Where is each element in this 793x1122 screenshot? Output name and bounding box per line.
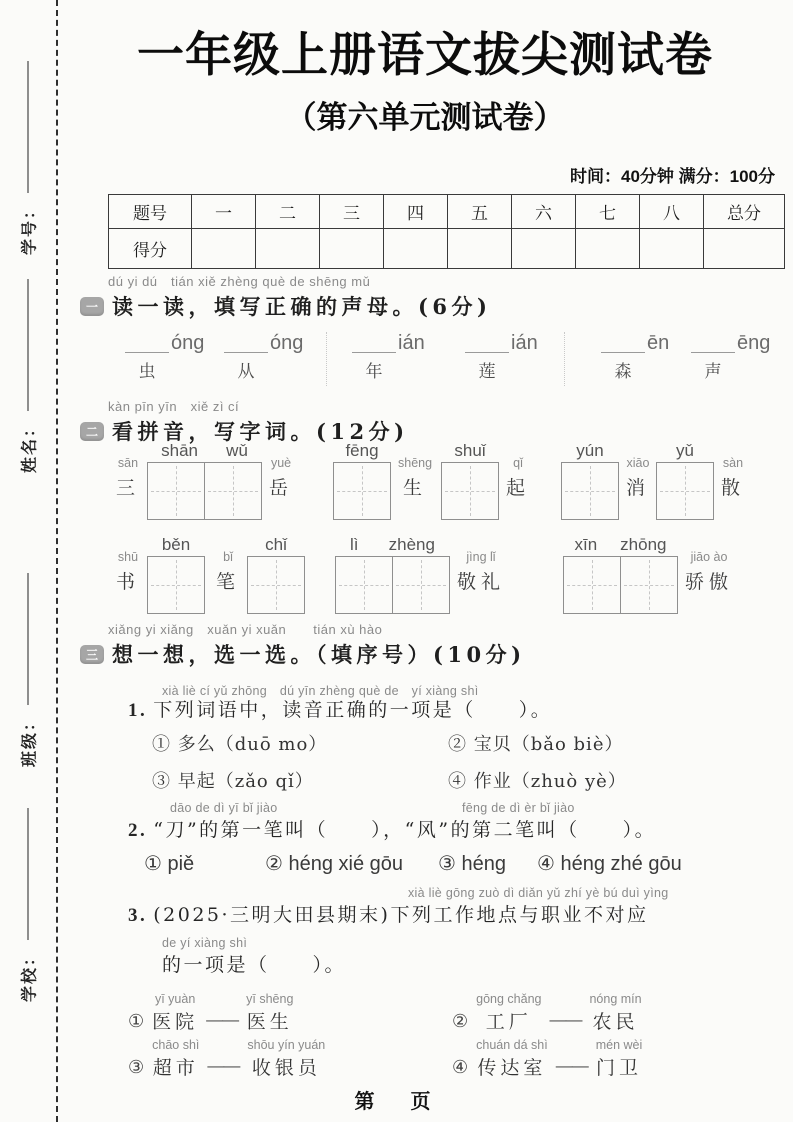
q2-number: 2. bbox=[128, 820, 147, 841]
item-hanzi: 年 bbox=[352, 357, 396, 382]
page-title: 一年级上册语文拔尖测试卷 bbox=[57, 18, 793, 85]
section-3-pinyin: xiǎng yi xiǎng xuǎn yi xuǎn tián xù hào bbox=[108, 619, 526, 638]
q3-pinyin-2: de yí xiàng shì bbox=[162, 936, 247, 950]
pair-dash: —— bbox=[206, 1010, 238, 1034]
item-hanzi: 声 bbox=[691, 357, 735, 382]
answer-blank[interactable] bbox=[352, 335, 396, 353]
section-1-title: 读一读，填写正确的声母。(6分) bbox=[112, 291, 491, 321]
page-subtitle: （第六单元测试卷） bbox=[57, 92, 793, 137]
item-hanzi: 从 bbox=[224, 357, 268, 382]
student-id-blank[interactable] bbox=[28, 61, 29, 193]
writing-box[interactable] bbox=[204, 462, 262, 520]
given-char: xiāo 消 bbox=[626, 441, 650, 500]
item-hanzi: 莲 bbox=[465, 357, 509, 382]
q3-text-line2: 的一项是（ ）。 bbox=[162, 950, 346, 977]
score-cell[interactable] bbox=[192, 229, 256, 269]
writing-box[interactable] bbox=[333, 462, 391, 520]
name-label: 姓名： bbox=[17, 419, 40, 473]
test-paper-page: 学号： 姓名： 班级： 学校： 一年级上册语文拔尖测试卷 （第六单元测试卷） 时… bbox=[0, 0, 793, 1122]
section-2-pinyin: kàn pīn yīn xiě zì cí bbox=[108, 396, 409, 415]
item-hanzi: 虫 bbox=[125, 357, 169, 382]
given-char: bǐ 笔 bbox=[216, 535, 240, 594]
dotted-divider bbox=[326, 332, 327, 386]
answer-blank[interactable] bbox=[601, 335, 645, 353]
circled-number: ① bbox=[128, 1011, 144, 1034]
section-2-number-icon: 二 bbox=[80, 422, 104, 441]
score-col-1: 一 bbox=[192, 195, 256, 229]
page-footer: 第 页 bbox=[0, 1085, 793, 1114]
writing-box[interactable] bbox=[147, 556, 205, 614]
writing-box[interactable] bbox=[247, 556, 305, 614]
seal-dashed-line bbox=[56, 0, 58, 1122]
pinyin-final: óng bbox=[270, 333, 303, 353]
q3-option-2[interactable]: ② gōng chǎng工厂 —— nóng mín农民 bbox=[452, 992, 642, 1034]
margin-name: 姓名： bbox=[17, 279, 40, 473]
writing-box[interactable] bbox=[147, 462, 205, 520]
initial-fill-item: ián 莲 bbox=[465, 333, 538, 382]
word-group: xīnzhōng jiāo ào 骄傲 bbox=[563, 535, 733, 614]
writing-box[interactable] bbox=[656, 462, 714, 520]
score-cell[interactable] bbox=[640, 229, 704, 269]
score-row-label: 得分 bbox=[109, 229, 192, 269]
writing-box[interactable] bbox=[441, 462, 499, 520]
circled-number: ② bbox=[452, 1011, 468, 1034]
q2-option-3[interactable]: ③ héng bbox=[438, 851, 506, 876]
q1-text: 1.下列词语中，读音正确的一项是（ ）。 bbox=[128, 695, 552, 722]
score-cell[interactable] bbox=[576, 229, 640, 269]
class-blank[interactable] bbox=[28, 573, 29, 705]
word-group: sān 三 shānwǔ yuè 岳 bbox=[116, 441, 293, 520]
given-char: sān 三 bbox=[116, 441, 140, 500]
writing-box[interactable] bbox=[335, 556, 393, 614]
q2-option-2[interactable]: ② héng xié gōu bbox=[265, 851, 403, 876]
word-group: bǐ 笔 chǐ bbox=[216, 535, 305, 614]
given-char: shū 书 bbox=[116, 535, 140, 594]
school-blank[interactable] bbox=[28, 808, 29, 940]
word-group: shuǐ qǐ 起 bbox=[441, 441, 530, 520]
q1-option-1[interactable]: ① 多么（duō mo） bbox=[152, 730, 327, 756]
given-char: sàn 散 bbox=[721, 441, 745, 500]
initial-fill-item: ēng 声 bbox=[691, 333, 770, 382]
given-char: jìng lǐ 敬礼 bbox=[457, 535, 505, 594]
given-char: jiāo ào 骄傲 bbox=[685, 535, 733, 594]
score-cell[interactable] bbox=[384, 229, 448, 269]
word-group: yǔ sàn 散 bbox=[656, 441, 745, 520]
q3-option-1[interactable]: ① yī yuàn医院 —— yī shēng医生 bbox=[128, 992, 293, 1034]
q2-pinyin-1: dāo de dì yī bǐ jiào bbox=[170, 801, 277, 815]
margin-school: 学校： bbox=[17, 808, 40, 1002]
score-cell-total[interactable] bbox=[704, 229, 785, 269]
section-1-number-icon: 一 bbox=[80, 297, 104, 316]
writing-box[interactable] bbox=[561, 462, 619, 520]
word-group: lìzhèng jìng lǐ 敬礼 bbox=[335, 535, 505, 614]
writing-box[interactable] bbox=[620, 556, 678, 614]
score-col-5: 五 bbox=[448, 195, 512, 229]
score-table: 题号 一 二 三 四 五 六 七 八 总分 得分 bbox=[108, 194, 785, 269]
score-col-6: 六 bbox=[512, 195, 576, 229]
initial-fill-item: óng 从 bbox=[224, 333, 303, 382]
answer-blank[interactable] bbox=[125, 335, 169, 353]
q1-number: 1. bbox=[128, 700, 147, 721]
q3-option-3[interactable]: ③ chāo shì超市 —— shōu yín yuán收银员 bbox=[128, 1038, 325, 1080]
answer-blank[interactable] bbox=[691, 335, 735, 353]
student-id-label: 学号： bbox=[17, 201, 40, 255]
pinyin-final: ián bbox=[398, 333, 425, 353]
q1-option-4[interactable]: ④ 作业（zhuò yè） bbox=[448, 767, 627, 793]
score-col-total: 总分 bbox=[704, 195, 785, 229]
pair-dash: —— bbox=[556, 1056, 588, 1080]
section-1-header: dú yi dú tián xiě zhèng què de shēng mǔ … bbox=[80, 271, 491, 321]
word-group: fēng shēng 生 bbox=[333, 441, 432, 520]
pair-dash: —— bbox=[207, 1056, 239, 1080]
initial-fill-item: ēn 森 bbox=[601, 333, 669, 382]
word-group: yún xiāo 消 bbox=[561, 441, 650, 520]
score-col-8: 八 bbox=[640, 195, 704, 229]
pinyin-final: ēng bbox=[737, 333, 770, 353]
circled-number: ④ bbox=[452, 1057, 468, 1080]
score-cell[interactable] bbox=[512, 229, 576, 269]
margin-class: 班级： bbox=[17, 573, 40, 767]
pinyin-final: ián bbox=[511, 333, 538, 353]
given-char: yuè 岳 bbox=[269, 441, 293, 500]
margin-student-id: 学号： bbox=[17, 61, 40, 255]
section-2-header: kàn pīn yīn xiě zì cí 二 看拼音，写字词。(12分) bbox=[80, 396, 409, 446]
score-cell[interactable] bbox=[448, 229, 512, 269]
q3-number: 3. bbox=[128, 905, 147, 926]
score-col-4: 四 bbox=[384, 195, 448, 229]
q2-text: 2.“刀”的第一笔叫（ ），“风”的第二笔叫（ ）。 bbox=[128, 815, 656, 842]
score-table-header-label: 题号 bbox=[109, 195, 192, 229]
score-cell[interactable] bbox=[256, 229, 320, 269]
time-info: 时间：40分钟 满分：100分 bbox=[570, 162, 775, 187]
score-col-7: 七 bbox=[576, 195, 640, 229]
pinyin-final: ēn bbox=[647, 333, 669, 353]
pinyin-final: óng bbox=[171, 333, 204, 353]
pair-dash: —— bbox=[549, 1010, 581, 1034]
answer-blank[interactable] bbox=[224, 335, 268, 353]
writing-box[interactable] bbox=[563, 556, 621, 614]
section-1-pinyin: dú yi dú tián xiě zhèng què de shēng mǔ bbox=[108, 271, 491, 290]
dotted-divider bbox=[564, 332, 565, 386]
answer-blank[interactable] bbox=[465, 335, 509, 353]
score-col-3: 三 bbox=[320, 195, 384, 229]
q2-pinyin-2: fēng de dì èr bǐ jiào bbox=[462, 801, 575, 815]
score-cell[interactable] bbox=[320, 229, 384, 269]
q1-option-3[interactable]: ③ 早起（zǎo qǐ） bbox=[152, 767, 314, 793]
q3-pinyin-1: xià liè gōng zuò dì diǎn yǔ zhí yè bú du… bbox=[408, 886, 669, 900]
section-3-title: 想一想，选一选。（填序号）(10分) bbox=[112, 639, 526, 669]
writing-box[interactable] bbox=[392, 556, 450, 614]
given-char: qǐ 起 bbox=[506, 441, 530, 500]
q3-text-line1: 3.(2025·三明大田县期末)下列工作地点与职业不对应 bbox=[128, 900, 648, 927]
q3-option-4[interactable]: ④ chuán dá shì传达室 —— mén wèi门卫 bbox=[452, 1038, 642, 1080]
q1-option-2[interactable]: ② 宝贝（bǎo biè） bbox=[448, 730, 623, 756]
q2-option-1[interactable]: ① piě bbox=[144, 851, 194, 876]
given-char: shēng 生 bbox=[398, 441, 432, 500]
q2-option-4[interactable]: ④ héng zhé gōu bbox=[537, 851, 682, 876]
initial-fill-item: óng 虫 bbox=[125, 333, 204, 382]
school-label: 学校： bbox=[17, 948, 40, 1002]
class-label: 班级： bbox=[17, 713, 40, 767]
circled-number: ③ bbox=[128, 1057, 144, 1080]
section-3-number-icon: 三 bbox=[80, 645, 104, 664]
item-hanzi: 森 bbox=[601, 357, 645, 382]
name-blank[interactable] bbox=[28, 279, 29, 411]
word-group: shū 书 běn bbox=[116, 535, 205, 614]
score-col-2: 二 bbox=[256, 195, 320, 229]
initial-fill-item: ián 年 bbox=[352, 333, 425, 382]
section-3-header: xiǎng yi xiǎng xuǎn yi xuǎn tián xù hào … bbox=[80, 619, 526, 669]
